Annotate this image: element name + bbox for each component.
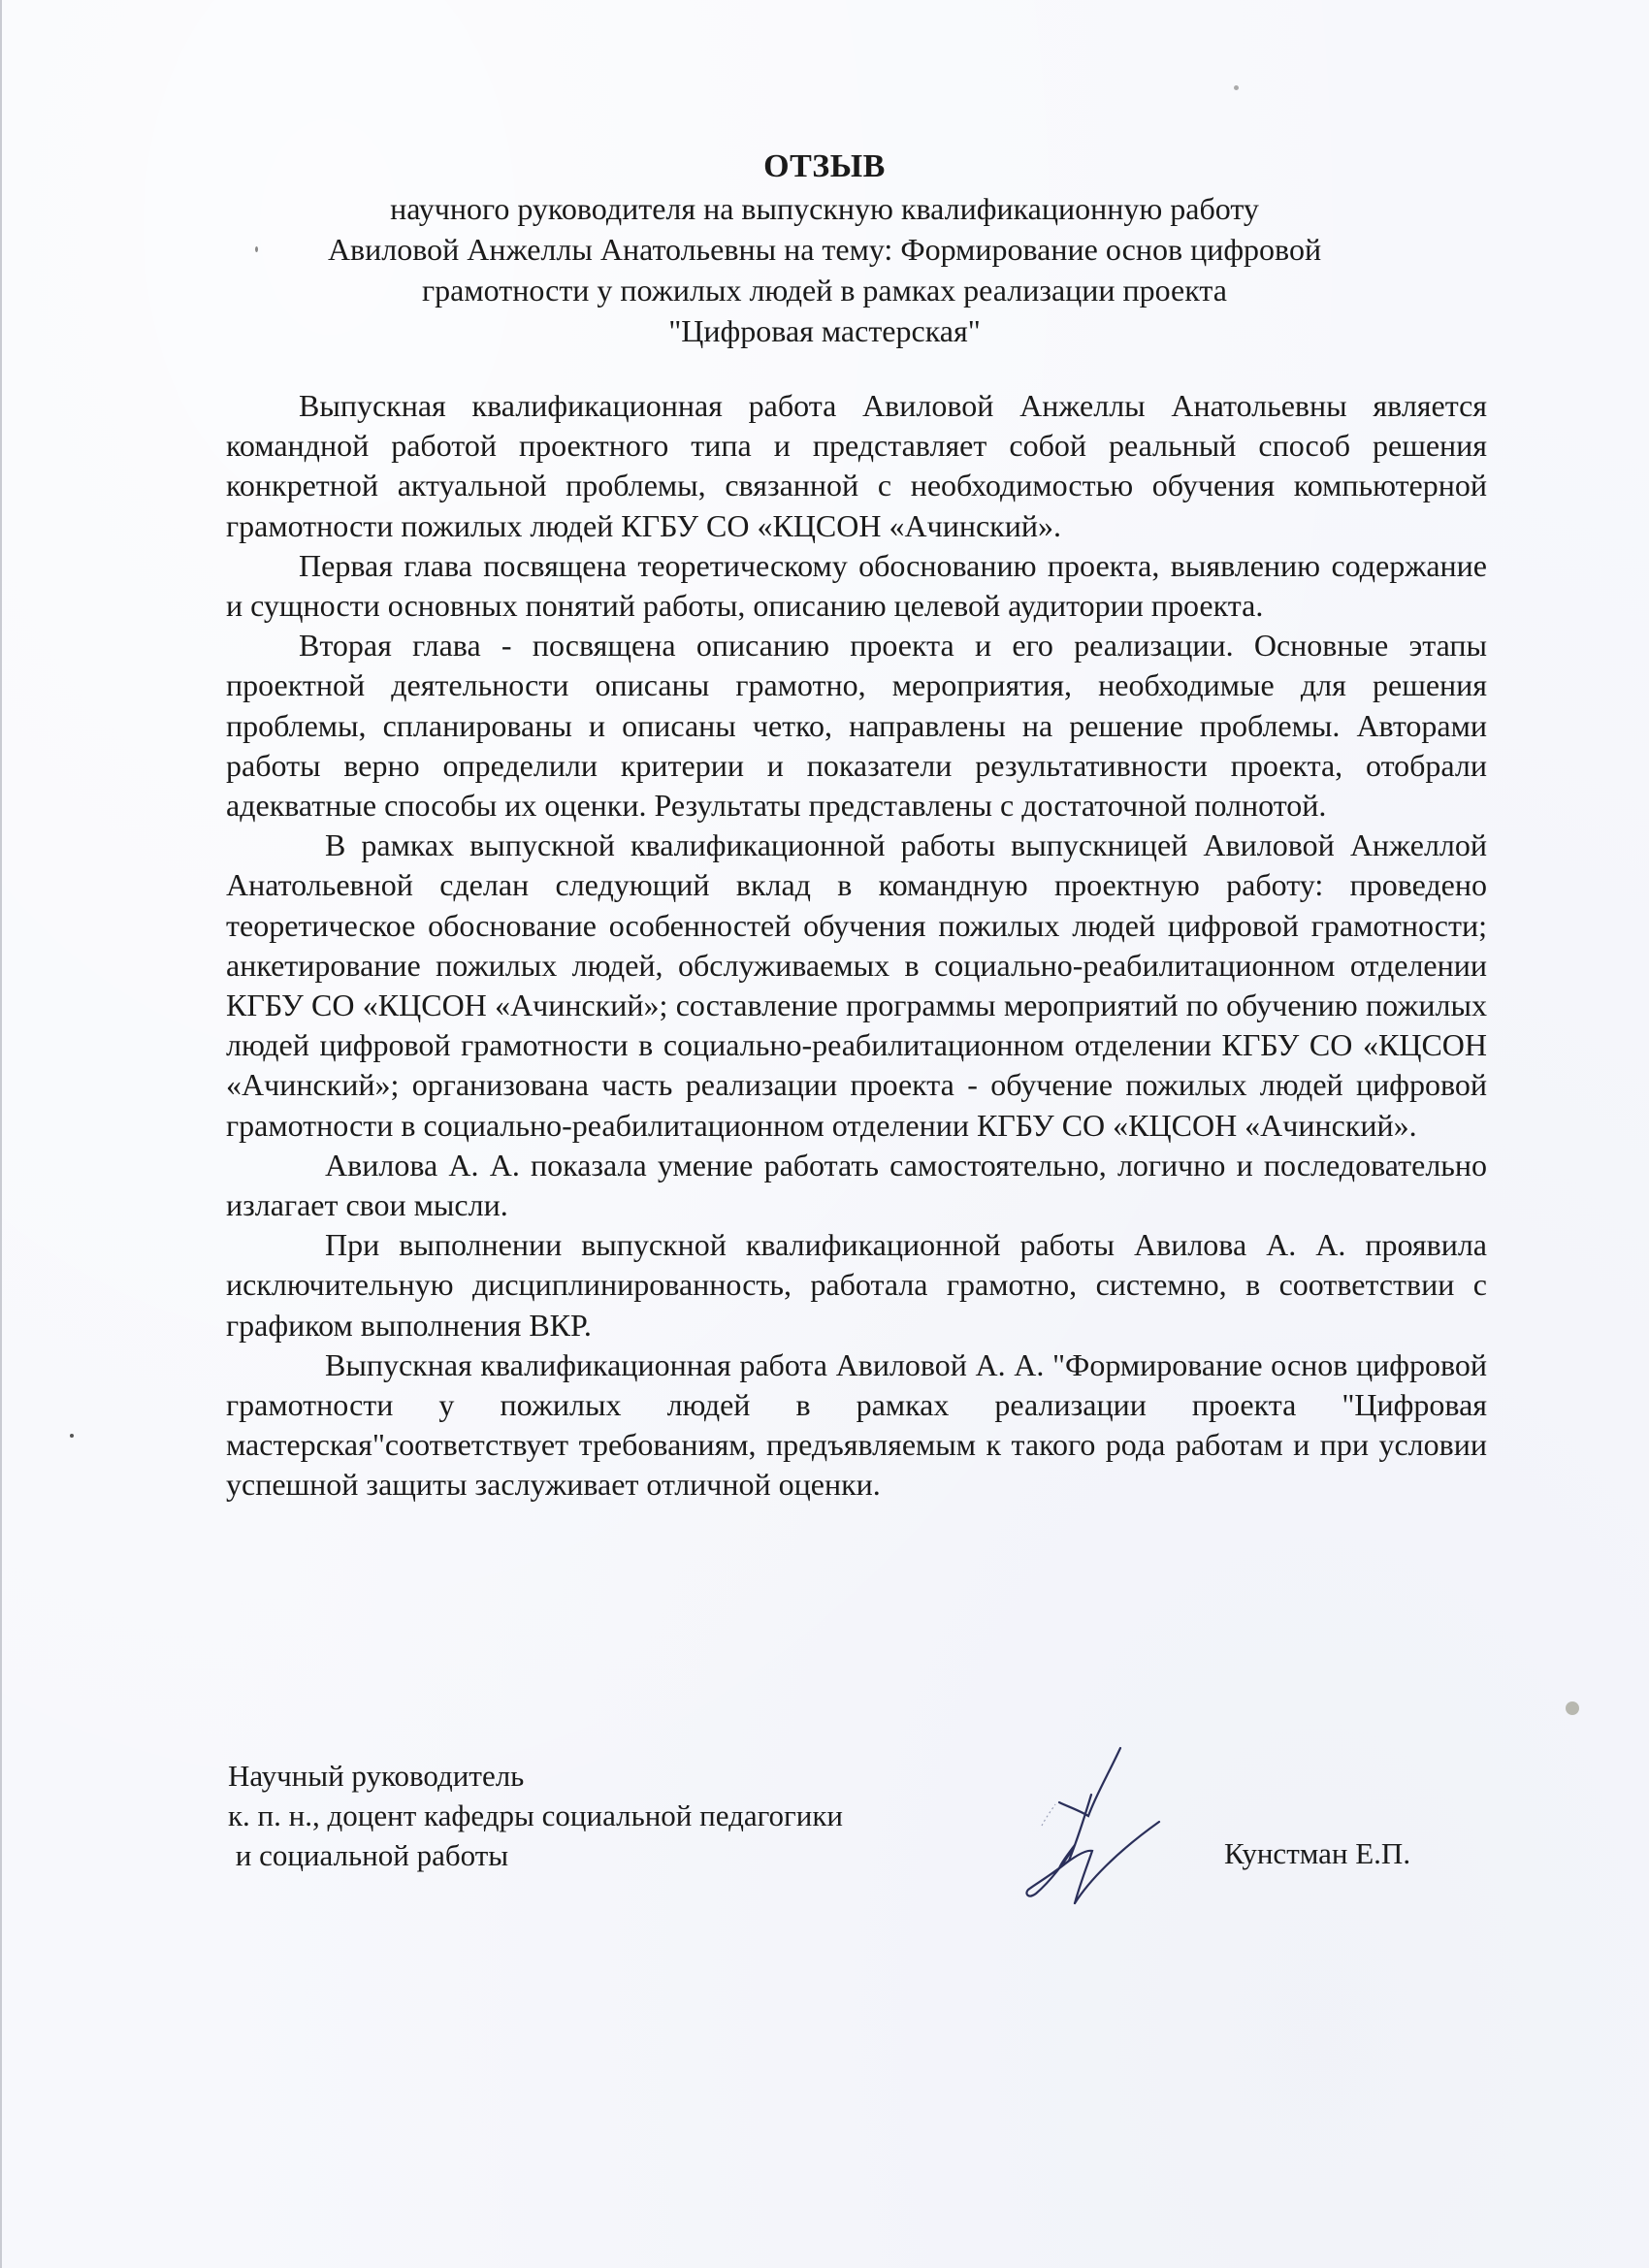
supervisor-role: Научный руководитель [228,1756,843,1796]
paragraph-skills: Авилова А. А. показала умение работать с… [226,1146,1487,1225]
supervisor-position-line-1: к. п. н., доцент кафедры социальной педа… [228,1796,843,1835]
scan-speck [255,246,258,252]
scan-left-edge [0,0,2,2268]
paragraph-chapter-two: Вторая глава - посвящена описанию проект… [226,626,1487,826]
subtitle-line-3: грамотности у пожилых людей в рамках реа… [223,270,1426,310]
scan-speck [1234,85,1239,90]
handwritten-signature-icon [999,1736,1212,1921]
document-body: Выпускная квалификационная работа Авилов… [226,386,1487,1506]
subtitle-line-2: Авиловой Анжеллы Анатольевны на тему: Фо… [223,229,1426,270]
document-title: ОТЗЫВ [223,146,1426,188]
paragraph-conclusion: Выпускная квалификационная работа Авилов… [226,1345,1487,1506]
supervisor-name: Кунстман Е.П. [1224,1833,1410,1873]
paragraph-chapter-one: Первая глава посвящена теоретическому об… [226,546,1487,626]
subtitle-line-1: научного руководителя на выпускную квали… [223,188,1426,229]
subtitle-line-4: "Цифровая мастерская" [223,310,1426,351]
document-page: ОТЗЫВ научного руководителя на выпускную… [0,0,1649,2268]
document-header: ОТЗЫВ научного руководителя на выпускную… [223,146,1426,351]
paragraph-discipline: При выполнении выпускной квалификационно… [226,1225,1487,1345]
scan-speck [70,1434,74,1438]
paragraph-contribution: В рамках выпускной квалификационной рабо… [226,826,1487,1146]
supervisor-position-line-2: и социальной работы [228,1835,843,1875]
scan-speck [1566,1701,1579,1715]
paragraph-intro: Выпускная квалификационная работа Авилов… [226,386,1487,546]
signature-block: Научный руководитель к. п. н., доцент ка… [228,1756,843,1875]
